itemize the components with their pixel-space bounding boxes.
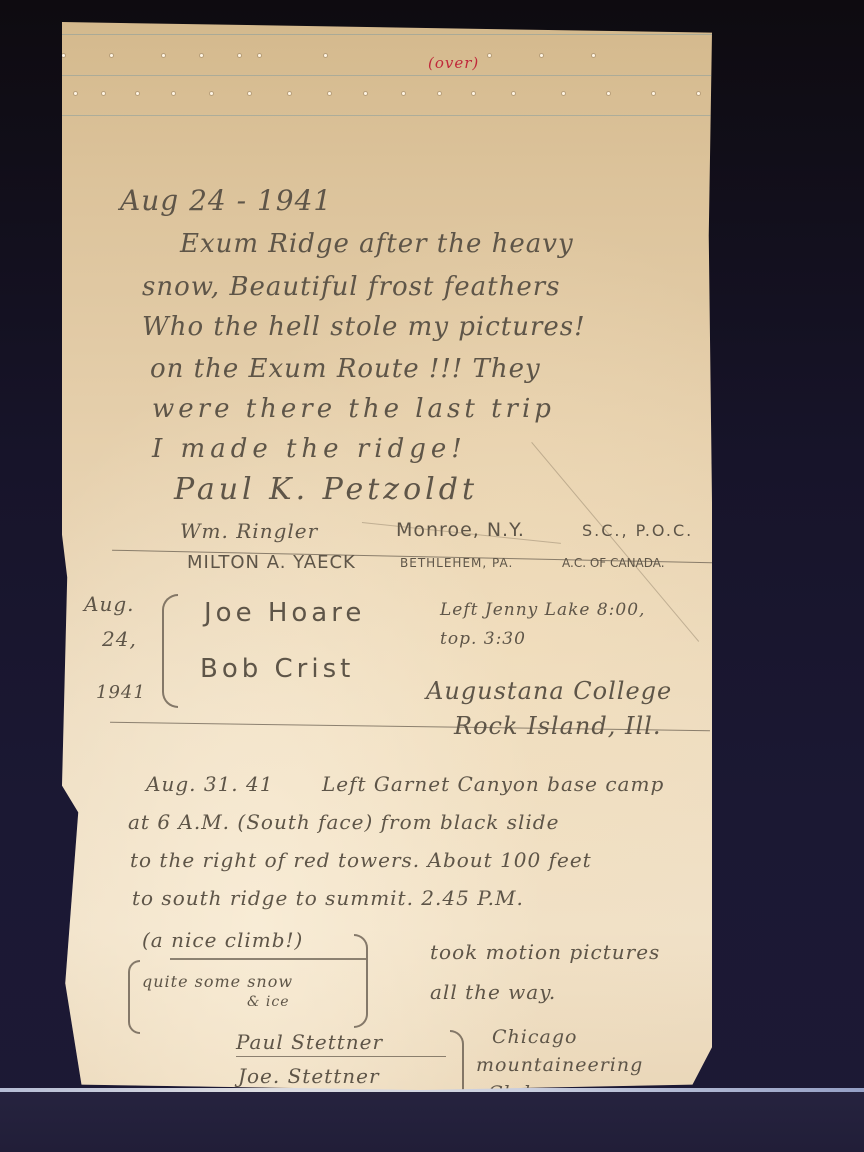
perforation-row [62, 92, 712, 100]
perforation-hole [364, 92, 367, 95]
affiliation-line: Rock Island, Ill. [454, 712, 661, 740]
entry-line: to the right of red towers. About 100 fe… [130, 848, 592, 872]
perforation-hole [472, 92, 475, 95]
remark-sub: quite some snow [142, 972, 293, 991]
entry-line: snow, Beautiful frost feathers [142, 272, 561, 302]
perforation-hole [136, 92, 139, 95]
perforation-hole [512, 92, 515, 95]
motion-note: took motion pictures [430, 940, 660, 964]
entry-date-line: 24, [102, 627, 137, 651]
perforation-hole [200, 54, 203, 57]
affiliation-line: Augustana College [426, 677, 672, 705]
entry-line: to south ridge to summit. 2.45 P.M. [132, 886, 524, 910]
grouping-brace [162, 594, 178, 708]
over-mark: (over) [428, 54, 479, 72]
climb-note: Left Jenny Lake 8:00, [440, 600, 645, 620]
perforation-hole [402, 92, 405, 95]
grouping-brace [354, 934, 368, 1028]
club-line: Chicago [492, 1026, 577, 1048]
entry-date: Aug. 31. 41 [146, 772, 273, 796]
entry-line: were there the last trip [152, 394, 555, 424]
entry-line: Exum Ridge after the heavy [180, 229, 574, 259]
climber-name: Paul Stettner [236, 1030, 383, 1054]
name-underline [236, 1056, 446, 1057]
perforation-hole [210, 92, 213, 95]
climb-note: top. 3:30 [440, 629, 526, 649]
signer-name: Wm. Ringler [180, 519, 318, 543]
perforation-hole [328, 92, 331, 95]
perforation-hole [162, 54, 165, 57]
perforation-hole [438, 92, 441, 95]
perforation-hole [488, 54, 491, 57]
perforation-hole [62, 54, 65, 57]
entry-line: I made the ridge! [152, 434, 467, 464]
perforation-hole [592, 54, 595, 57]
perforation-hole [562, 92, 565, 95]
entry-date: Aug 24 - 1941 [120, 184, 332, 217]
perforation-hole [288, 92, 291, 95]
motion-note: all the way. [430, 980, 556, 1004]
perforation-row [62, 54, 712, 62]
ruled-line [62, 75, 712, 76]
ruled-line [62, 115, 712, 116]
entry-date-line: Aug. [84, 592, 134, 616]
entry-date-line: 1941 [96, 682, 146, 703]
remark-underline [170, 958, 366, 960]
entry-line: Who the hell stole my pictures! [142, 312, 586, 342]
signer-affiliation: A.C. OF CANADA. [562, 556, 665, 570]
entry-line: on the Exum Route !!! They [150, 354, 541, 384]
club-line: mountaineering [476, 1054, 643, 1076]
display-backdrop [0, 1090, 864, 1152]
signature: Paul K. Petzoldt [174, 472, 478, 507]
perforation-hole [697, 92, 700, 95]
register-page: (over) Aug 24 - 1941 Exum Ridge after th… [62, 22, 712, 1090]
entry-line: Left Garnet Canyon base camp [322, 772, 664, 796]
perforation-hole [110, 54, 113, 57]
ruled-line [62, 34, 712, 35]
perforation-hole [607, 92, 610, 95]
climber-name: Joe. Stettner [238, 1064, 380, 1088]
perforation-hole [248, 92, 251, 95]
climb-remark: (a nice climb!) [142, 928, 303, 952]
grouping-brace [128, 960, 140, 1034]
perforation-hole [172, 92, 175, 95]
climber-name: Bob Crist [200, 654, 354, 684]
perforation-hole [74, 92, 77, 95]
remark-sub: & ice [247, 994, 290, 1010]
perforation-hole [102, 92, 105, 95]
climber-name: Joe Hoare [204, 598, 365, 628]
perforation-hole [258, 54, 261, 57]
perforation-hole [324, 54, 327, 57]
perforation-hole [540, 54, 543, 57]
perforation-hole [238, 54, 241, 57]
perforation-hole [652, 92, 655, 95]
entry-line: at 6 A.M. (South face) from black slide [128, 810, 559, 834]
